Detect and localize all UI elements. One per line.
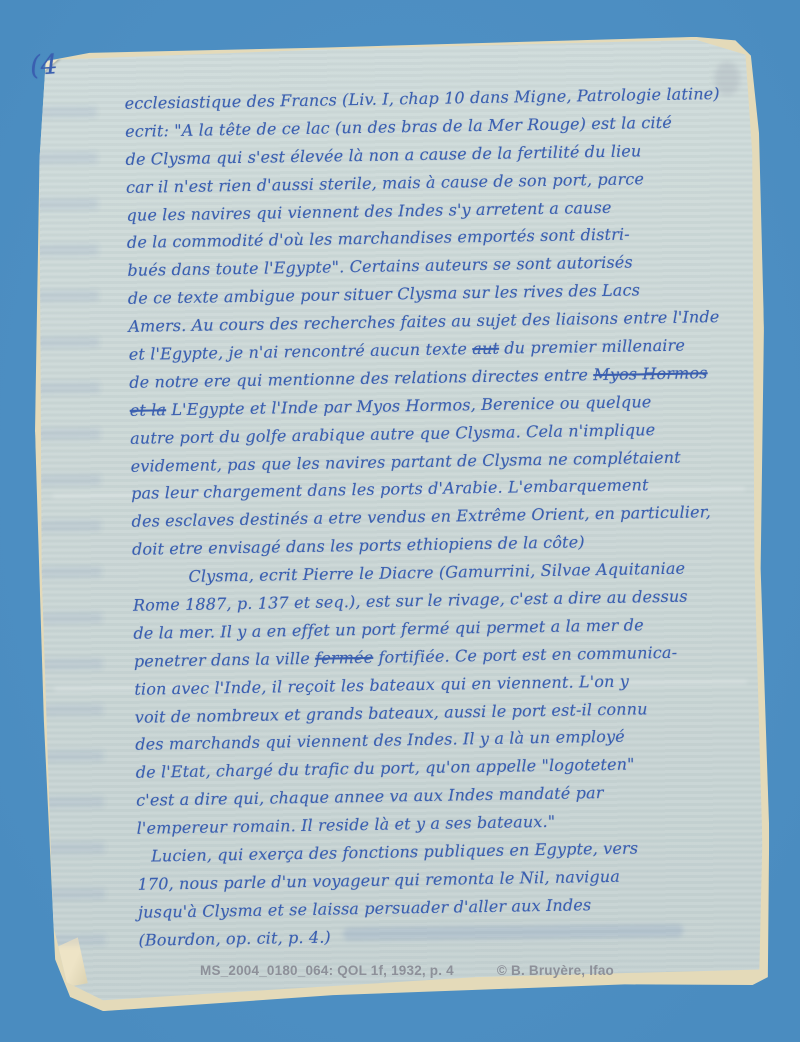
handwritten-text: (Bourdon, op. cit, p. 4.) <box>138 927 331 949</box>
handwritten-text: fortifiée. Ce port est en communica- <box>373 643 677 667</box>
handwritten-text: de l'Etat, chargé du trafic du port, qu'… <box>136 755 635 782</box>
archive-reference-label: MS_2004_0180_064: QOL 1f, 1932, p. 4 <box>200 963 454 978</box>
handwritten-text: du premier millenaire <box>499 336 685 358</box>
show-through-smudges <box>35 106 106 957</box>
paper-surface: ecclesiastique des Francs (Liv. I, chap … <box>34 39 764 1001</box>
handwritten-text: car il n'est rien d'aussi sterile, mais … <box>126 169 644 197</box>
handwritten-text: de notre ere qui mentionne des relations… <box>129 365 593 392</box>
handwritten-text: de ce texte ambigue pour situer Clysma s… <box>128 281 640 308</box>
scanned-manuscript-page: ecclesiastique des Francs (Liv. I, chap … <box>0 0 800 1042</box>
manuscript-paper: ecclesiastique des Francs (Liv. I, chap … <box>31 36 771 1012</box>
handwritten-text: autre port du golfe arabique autre que C… <box>130 420 655 448</box>
handwritten-text: Lucien, qui exerça des fonctions publiqu… <box>151 839 638 866</box>
copyright-label: © B. Bruyère, Ifao <box>497 963 614 978</box>
handwritten-text: voit de nombreux et grands bateaux, auss… <box>135 699 648 726</box>
struck-through-text: Myos Hormos <box>593 363 708 384</box>
handwritten-text: jusqu'à Clysma et se laissa persuader d'… <box>138 895 592 922</box>
handwritten-text: de la commodité d'où les marchandises em… <box>127 225 630 252</box>
handwritten-text: de Clysma qui s'est élevée là non a caus… <box>125 141 641 169</box>
handwritten-text: doit etre envisagé dans les ports ethiop… <box>132 533 585 560</box>
handwritten-text: pas leur chargement dans les ports d'Ara… <box>131 476 649 504</box>
handwritten-text: de la mer. Il y a en effet un port fermé… <box>133 615 644 642</box>
handwritten-text-block: ecclesiastique des Francs (Liv. I, chap … <box>124 79 778 954</box>
handwritten-text: des esclaves destinés a etre vendus en E… <box>131 503 711 532</box>
struck-through-text: aut <box>472 339 499 358</box>
handwritten-text: evidement, pas que les navires partant d… <box>131 447 681 475</box>
handwritten-text: penetrer dans la ville <box>134 649 316 671</box>
handwritten-text: et l'Egypte, je n'ai rencontré aucun tex… <box>129 339 473 364</box>
handwritten-text: que les navires qui viennent des Indes s… <box>126 197 611 224</box>
archive-caption-bar: MS_2004_0180_064: QOL 1f, 1932, p. 4 © B… <box>200 963 614 978</box>
struck-through-text: et la <box>130 400 167 420</box>
handwritten-text: bués dans toute l'Egypte". Certains aute… <box>127 253 633 280</box>
page-number-annotation: (4 <box>29 49 59 82</box>
handwritten-text: Rome 1887, p. 137 et seq.), est sur le r… <box>133 587 688 615</box>
handwritten-text: tion avec l'Inde, il reçoit les bateaux … <box>134 671 629 698</box>
handwritten-text: c'est a dire qui, chaque annee va aux In… <box>136 783 604 810</box>
handwritten-text: L'Egypte et l'Inde par Myos Hormos, Bere… <box>166 392 652 419</box>
struck-through-text: fermée <box>315 648 373 668</box>
handwritten-text: des marchands qui viennent des Indes. Il… <box>135 727 625 754</box>
handwritten-text: 170, nous parle d'un voyageur qui remont… <box>137 867 620 894</box>
handwritten-text: Clysma, ecrit Pierre le Diacre (Gamurrin… <box>188 559 685 586</box>
handwritten-text: l'empereur romain. Il reside là et y a s… <box>137 812 556 838</box>
handwritten-text: ecrit: "A la tête de ce lac (un des bras… <box>125 113 672 141</box>
